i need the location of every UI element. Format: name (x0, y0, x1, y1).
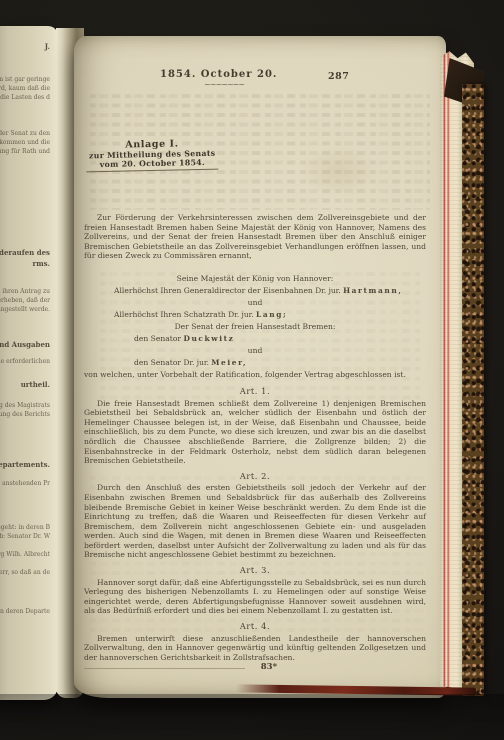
signature-row: 83* (84, 663, 426, 673)
article-4-heading: Art. 4. (84, 622, 426, 632)
left-page-text-fragment: Ruf dagegen zu erheben, daß der (0, 297, 50, 304)
article-3-heading: Art. 3. (84, 566, 426, 576)
article-1-heading: Art. 1. (84, 387, 426, 397)
faint-rule (84, 668, 245, 669)
left-page-text-fragment: gen, so würde der Senat zu den (0, 130, 50, 137)
und-separator: und (84, 297, 426, 309)
left-page-text-fragment: J. (45, 42, 50, 51)
left-page-text-fragment: gen, daß für die anstehenden Pr (0, 480, 50, 487)
left-page-text-fragment: die Bürgerschaft ihren Antrag zu (0, 288, 50, 295)
left-page-text-fragment: Bürgerschaft angestellt werde. (0, 306, 50, 313)
ornament-rule: ~~~~~~~ (178, 80, 270, 89)
article-3-body: Hannover sorgt dafür, daß eine Abfertigu… (84, 578, 426, 616)
name-duckwitz: Duckwitz (183, 334, 234, 343)
annex-heading: Anlage I. zur Mittheilung des Senats vom… (86, 138, 219, 173)
name-meier: Meier, (211, 358, 247, 367)
article-4-body: Bremen unterwirft diese anzuschließenden… (84, 634, 426, 663)
page-number: 287 (328, 71, 349, 82)
left-page-text-fragment: nach der Erledigung des Berichts (0, 411, 50, 418)
left-page-text-fragment: mann Herr, so daß an de (0, 569, 50, 576)
annex-heading-line3: vom 20. October 1854. (89, 158, 216, 170)
left-page-text-fragment: ge Departements. (0, 460, 50, 469)
left-page-text-fragment: urtheil. (21, 380, 50, 389)
left-page-text-fragment: der Georg Wilh. Albrecht (0, 551, 50, 558)
commissioner-lang: Allerhöchst Ihren Schatzrath Dr. jur. La… (84, 309, 426, 321)
left-page-text-fragment: ertrag und die erforderlichen (0, 358, 50, 365)
commissioner-hartmann: Allerhöchst Ihren Generaldirector der Ei… (84, 285, 426, 297)
left-page-text-fragment: der Beschlagung für Rath und (0, 148, 50, 155)
closing-line: von welchen, unter Vorbehalt der Ratific… (84, 369, 426, 381)
bremen-heading: Der Senat der freien Hansestadt Bremen: (84, 321, 426, 333)
left-page-text-fragment: ischen Beschlüssen ist gar geringe (0, 76, 50, 83)
signature-mark: 83* (261, 663, 277, 673)
left-page-text-fragment: rms. (33, 259, 50, 268)
name-lang: Lang; (256, 310, 287, 319)
book-scan-photo: J.ischen Beschlüssen ist gar geringet, u… (0, 0, 504, 740)
left-page-text-fragment: theile und die Lasten des d (0, 94, 50, 101)
commissioner-duckwitz: den Senator Duckwitz (84, 333, 426, 345)
intro-paragraph: Zur Förderung der Verkehrsinteressen zwi… (84, 213, 426, 261)
und-separator: und (84, 345, 426, 357)
body-text-column: Zur Förderung der Verkehrsinteressen zwi… (84, 213, 426, 673)
left-page-text-fragment: t, und es wird, kaum daß die (0, 85, 50, 92)
left-page-text-fragment: Dem der Erklärung des Magistrats (0, 402, 50, 409)
left-page-text-fragment: gelangt: in deren Departe (0, 608, 50, 615)
left-page-text-fragment: um Wiederaufen des (0, 248, 50, 257)
article-2-body: Durch den Anschluß des ersten Gebietsthe… (84, 483, 426, 560)
commissioner-meier: den Senator Dr. jur. Meier, (84, 357, 426, 369)
left-page-text-fragment: beschlossenes ausgeht: in deren B (0, 524, 50, 531)
commissioners-block: Seine Majestät der König von Hannover: A… (84, 273, 426, 381)
article-1-body: Die freie Hansestadt Bremen schließt dem… (84, 399, 426, 466)
left-page-text-fragment: niederschrieb: Senator Dr. W (0, 533, 50, 540)
left-page: J.ischen Beschlüssen ist gar geringet, u… (0, 26, 58, 700)
bottom-shadow (0, 694, 504, 740)
name-hartmann: Hartmann, (343, 286, 402, 295)
hannover-heading: Seine Majestät der König von Hannover: (84, 273, 426, 285)
document-page: 1854. October 20. 287 ~~~~~~~ Anlage I. … (74, 36, 446, 698)
left-page-text-fragment: Einnahmen und Ausgaben (0, 340, 50, 349)
marbled-cover-edge (462, 84, 484, 696)
running-head-date: 1854. October 20. (160, 69, 277, 80)
article-2-heading: Art. 2. (84, 472, 426, 482)
left-page-text-fragment: Magistrat zurückkommen und die (0, 139, 50, 146)
